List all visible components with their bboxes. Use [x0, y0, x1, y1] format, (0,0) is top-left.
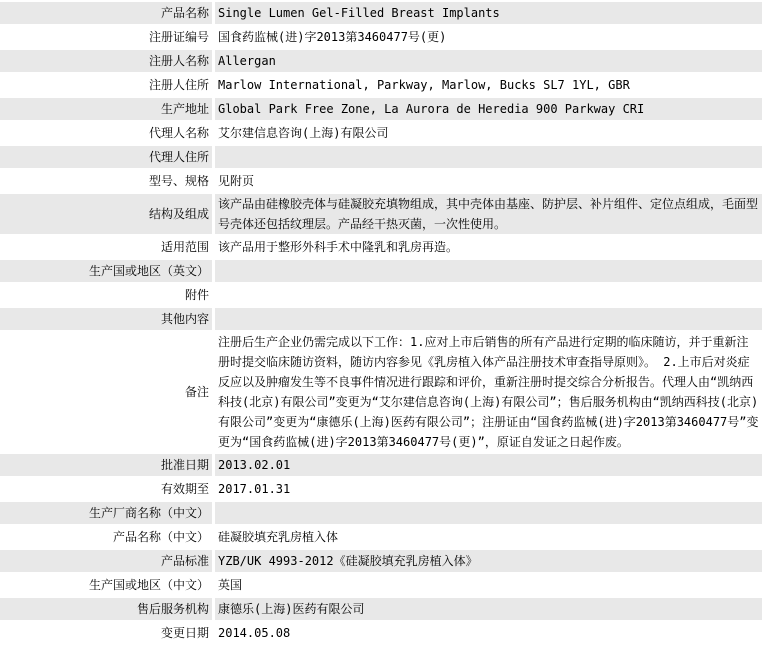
row-remarks: 备注 注册后生产企业仍需完成以下工作：1.应对上市后销售的所有产品进行定期的临床…	[0, 332, 762, 452]
row-product-name: 产品名称 Single Lumen Gel-Filled Breast Impl…	[0, 2, 762, 24]
field-value	[215, 284, 762, 306]
field-label: 注册人名称	[0, 50, 212, 72]
field-value: 2014.05.08	[215, 622, 762, 644]
row-product-name-cn: 产品名称（中文） 硅凝胶填充乳房植入体	[0, 526, 762, 548]
field-label: 备注	[0, 332, 212, 452]
field-value: Single Lumen Gel-Filled Breast Implants	[215, 2, 762, 24]
row-attachment: 附件	[0, 284, 762, 306]
field-label: 代理人名称	[0, 122, 212, 144]
row-approval-date: 批准日期 2013.02.01	[0, 454, 762, 476]
row-manufacturer-name-cn: 生产厂商名称（中文）	[0, 502, 762, 524]
row-registrant-address: 注册人住所 Marlow International, Parkway, Mar…	[0, 74, 762, 96]
row-structure-composition: 结构及组成 该产品由硅橡胶壳体与硅凝胶充填物组成，其中壳体由基座、防护层、补片组…	[0, 194, 762, 234]
field-value: 2013.02.01	[215, 454, 762, 476]
field-label: 产品名称	[0, 2, 212, 24]
field-label: 生产国或地区（英文）	[0, 260, 212, 282]
row-scope-of-application: 适用范围 该产品用于整形外科手术中隆乳和乳房再造。	[0, 236, 762, 258]
field-label: 批准日期	[0, 454, 212, 476]
field-value: Allergan	[215, 50, 762, 72]
field-value: Marlow International, Parkway, Marlow, B…	[215, 74, 762, 96]
field-value: 艾尔建信息咨询(上海)有限公司	[215, 122, 762, 144]
field-value: 2017.01.31	[215, 478, 762, 500]
field-value	[215, 146, 762, 168]
row-after-sales-org: 售后服务机构 康德乐(上海)医药有限公司	[0, 598, 762, 620]
field-value: 该产品由硅橡胶壳体与硅凝胶充填物组成，其中壳体由基座、防护层、补片组件、定位点组…	[215, 194, 762, 234]
field-label: 结构及组成	[0, 194, 212, 234]
field-value: 康德乐(上海)医药有限公司	[215, 598, 762, 620]
field-label: 变更日期	[0, 622, 212, 644]
field-value: 硅凝胶填充乳房植入体	[215, 526, 762, 548]
row-change-date: 变更日期 2014.05.08	[0, 622, 762, 644]
row-valid-until: 有效期至 2017.01.31	[0, 478, 762, 500]
field-value: Global Park Free Zone, La Aurora de Here…	[215, 98, 762, 120]
field-label: 其他内容	[0, 308, 212, 330]
field-value: 英国	[215, 574, 762, 596]
field-label: 产品标准	[0, 550, 212, 572]
row-production-address: 生产地址 Global Park Free Zone, La Aurora de…	[0, 98, 762, 120]
field-value	[215, 260, 762, 282]
field-label: 注册人住所	[0, 74, 212, 96]
field-label: 适用范围	[0, 236, 212, 258]
field-value	[215, 308, 762, 330]
field-label: 生产国或地区（中文）	[0, 574, 212, 596]
row-registrant-name: 注册人名称 Allergan	[0, 50, 762, 72]
device-registration-detail-table: 产品名称 Single Lumen Gel-Filled Breast Impl…	[0, 0, 762, 644]
field-value: YZB/UK 4993-2012《硅凝胶填充乳房植入体》	[215, 550, 762, 572]
row-other-content: 其他内容	[0, 308, 762, 330]
row-registration-number: 注册证编号 国食药监械(进)字2013第3460477号(更)	[0, 26, 762, 48]
field-value: 国食药监械(进)字2013第3460477号(更)	[215, 26, 762, 48]
row-agent-address: 代理人住所	[0, 146, 762, 168]
field-value: 该产品用于整形外科手术中隆乳和乳房再造。	[215, 236, 762, 258]
field-label: 代理人住所	[0, 146, 212, 168]
field-value	[215, 502, 762, 524]
row-agent-name: 代理人名称 艾尔建信息咨询(上海)有限公司	[0, 122, 762, 144]
field-label: 产品名称（中文）	[0, 526, 212, 548]
field-label: 有效期至	[0, 478, 212, 500]
field-label: 型号、规格	[0, 170, 212, 192]
field-label: 售后服务机构	[0, 598, 212, 620]
field-value: 见附页	[215, 170, 762, 192]
row-country-english: 生产国或地区（英文）	[0, 260, 762, 282]
field-label: 注册证编号	[0, 26, 212, 48]
field-label: 生产地址	[0, 98, 212, 120]
row-model-spec: 型号、规格 见附页	[0, 170, 762, 192]
row-product-standard: 产品标准 YZB/UK 4993-2012《硅凝胶填充乳房植入体》	[0, 550, 762, 572]
field-label: 生产厂商名称（中文）	[0, 502, 212, 524]
row-country-cn: 生产国或地区（中文） 英国	[0, 574, 762, 596]
field-value: 注册后生产企业仍需完成以下工作：1.应对上市后销售的所有产品进行定期的临床随访，…	[215, 332, 762, 452]
field-label: 附件	[0, 284, 212, 306]
